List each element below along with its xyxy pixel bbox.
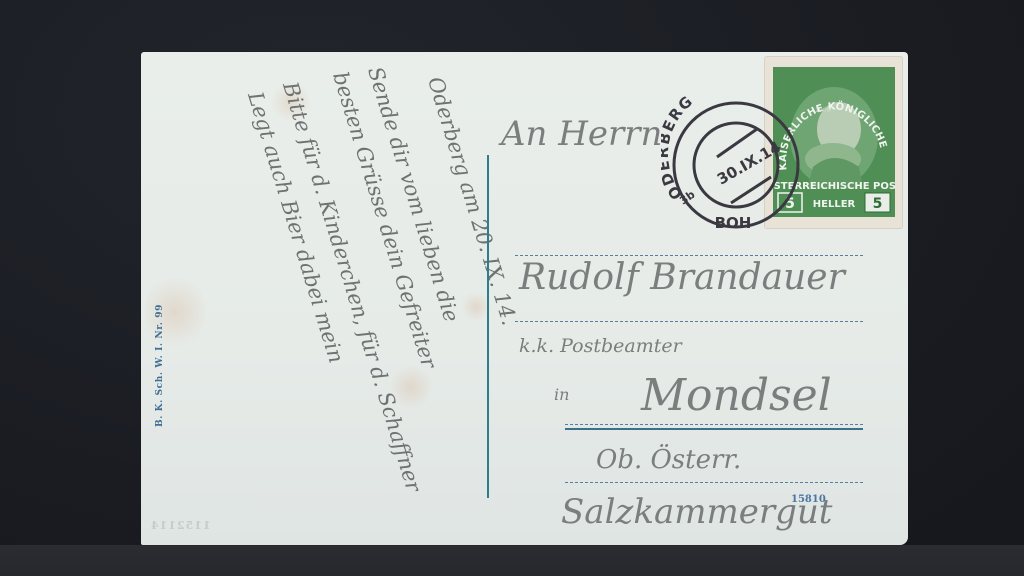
address-line-3 (565, 424, 863, 425)
town-underline (565, 428, 863, 430)
shelf-surface (0, 545, 1024, 576)
svg-text:5: 5 (873, 196, 883, 212)
address-line-4 (565, 482, 863, 483)
address-preposition: in (554, 385, 569, 404)
svg-text:1908: 1908 (815, 107, 830, 114)
address-greeting: An Herrn (501, 114, 662, 154)
svg-text:BOH: BOH (715, 214, 752, 232)
svg-text:HELLER: HELLER (813, 199, 856, 210)
publisher-imprint: B. K. Sch. W. I. Nr. 99 (155, 227, 169, 427)
address-line-1 (515, 255, 863, 256)
handwritten-message: Oderberg am 20. IX. 14. Sende dir vom li… (161, 64, 471, 534)
postmark-cancellation: ODERBERG BOH 3b 30.IX.14 (661, 85, 811, 235)
center-divider-line (487, 155, 489, 498)
recipient-town: Mondsel (641, 370, 832, 421)
address-line-2 (515, 321, 863, 322)
recipient-region: Ob. Österr. (596, 445, 741, 475)
postcard: Oderberg am 20. IX. 14. Sende dir vom li… (141, 52, 908, 545)
ghost-serial-number: 1152114 (150, 519, 211, 532)
recipient-name: Rudolf Brandauer (519, 257, 845, 298)
recipient-title: k.k. Postbeamter (519, 335, 682, 357)
svg-text:ODERBERG: ODERBERG (661, 92, 697, 203)
recipient-district: Salzkammergut (561, 492, 832, 532)
